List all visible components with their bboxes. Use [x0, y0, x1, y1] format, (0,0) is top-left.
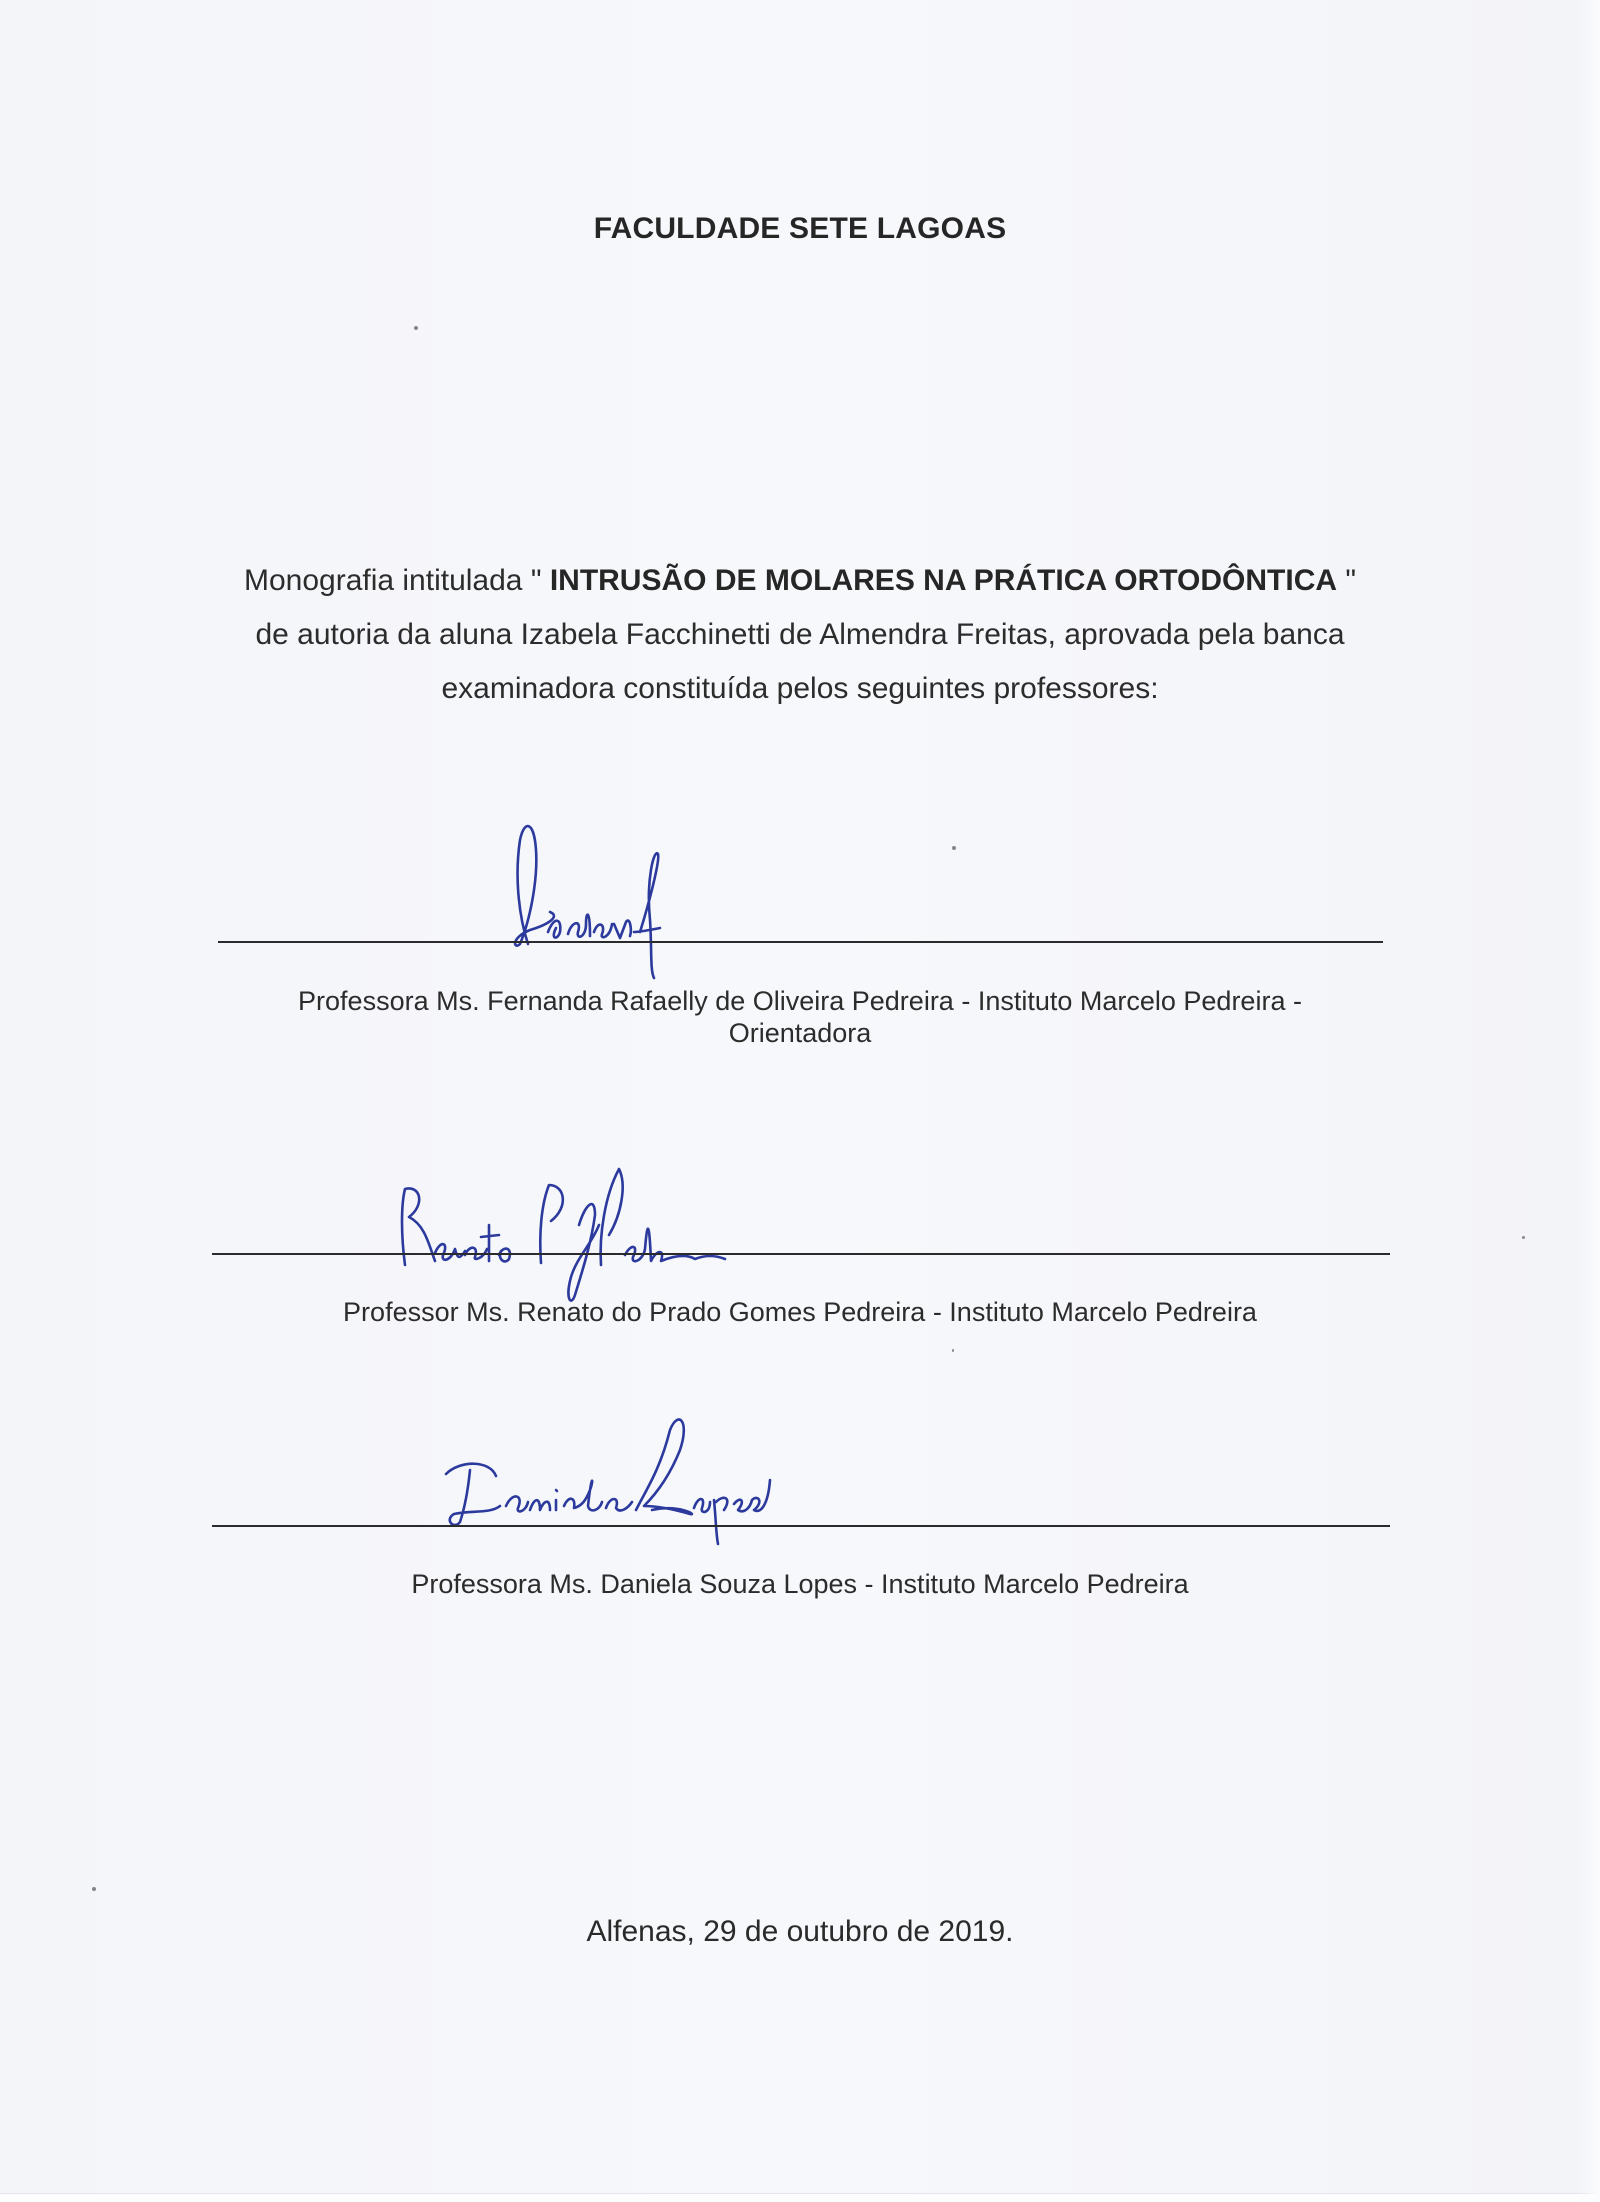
examiner-2-caption: Professor Ms. Renato do Prado Gomes Pedr…	[0, 1296, 1600, 1328]
statement-prefix: Monografia intitulada "	[244, 564, 550, 597]
scan-speck	[414, 326, 418, 330]
statement-suffix: "	[1337, 564, 1356, 597]
signature-fernanda	[490, 820, 720, 980]
examiner-2-name: Professor Ms. Renato do Prado Gomes Pedr…	[0, 1296, 1600, 1328]
examiner-1-role: Orientadora	[0, 1017, 1600, 1049]
examiner-3-name: Professora Ms. Daniela Souza Lopes - Ins…	[0, 1568, 1600, 1600]
scanned-page: FACULDADE SETE LAGOAS Monografia intitul…	[0, 0, 1600, 2202]
examiner-1-name: Professora Ms. Fernanda Rafaelly de Oliv…	[0, 985, 1600, 1017]
scan-speck	[1522, 1236, 1525, 1239]
scan-speck	[952, 1349, 954, 1352]
signature-line-1	[218, 941, 1383, 943]
examiner-3-caption: Professora Ms. Daniela Souza Lopes - Ins…	[0, 1568, 1600, 1600]
signature-renato	[395, 1165, 775, 1305]
scan-speck	[92, 1887, 96, 1891]
institution-heading: FACULDADE SETE LAGOAS	[0, 212, 1600, 246]
signature-daniela	[440, 1410, 800, 1550]
scan-speck	[952, 846, 956, 850]
signature-line-2	[212, 1253, 1390, 1255]
page-bottom-edge	[0, 2193, 1600, 2202]
statement-line-3: examinadora constituída pelos seguintes …	[0, 662, 1600, 716]
place-and-date: Alfenas, 29 de outubro de 2019.	[0, 1915, 1600, 1949]
examiner-1-caption: Professora Ms. Fernanda Rafaelly de Oliv…	[0, 985, 1600, 1049]
monograph-title: INTRUSÃO DE MOLARES NA PRÁTICA ORTODÔNTI…	[550, 564, 1337, 597]
signature-line-3	[212, 1525, 1390, 1527]
statement-line-2: de autoria da aluna Izabela Facchinetti …	[0, 608, 1600, 662]
approval-statement: Monografia intitulada " INTRUSÃO DE MOLA…	[0, 554, 1600, 716]
statement-line-1: Monografia intitulada " INTRUSÃO DE MOLA…	[0, 554, 1600, 608]
